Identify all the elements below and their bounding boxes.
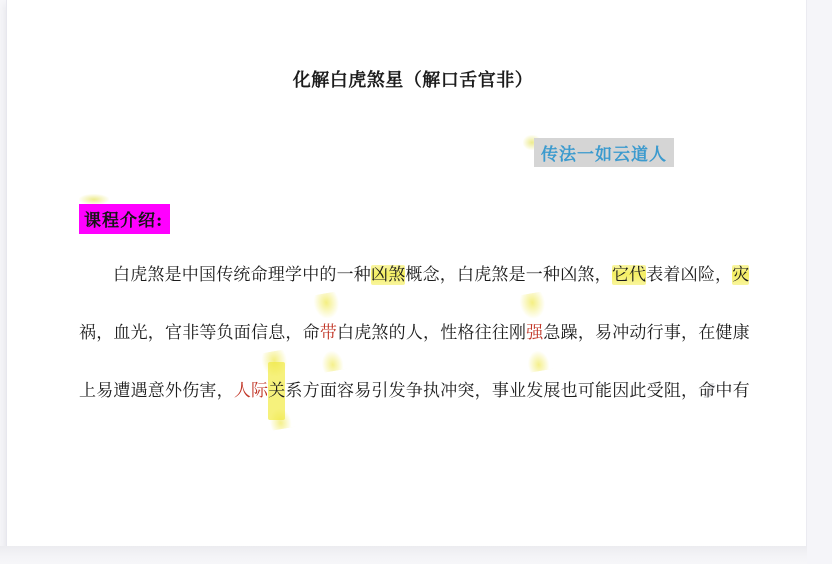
faint-gray-watermark (697, 383, 721, 398)
page-bottom-shadow (0, 546, 807, 564)
red-text: 人际 (234, 381, 268, 401)
body-paragraph: 白虎煞是中国传统命理学中的一种凶煞概念，白虎煞是一种凶煞，它代表着凶险，灾 祸，… (79, 246, 769, 420)
red-highlighted-text: 带 (320, 304, 337, 362)
document-page: 化解白虎煞星（解口舌官非） 传法一如云道人 课程介绍: 白虎煞是中国传统命理学中… (6, 0, 807, 546)
paragraph-line: 祸，血光，官非等负面信息，命带白虎煞的人，性格往往刚强急躁，易冲动行事，在健康 (79, 304, 769, 362)
body-text: 表着凶险， (646, 265, 732, 285)
author-highlight-block: 传法一如云道人 (534, 138, 674, 167)
body-text: 白虎煞是中国传统命理学中的一种 (113, 265, 371, 285)
document-viewer: 化解白虎煞星（解口舌官非） 传法一如云道人 课程介绍: 白虎煞是中国传统命理学中… (0, 0, 832, 564)
body-text: 祸，血光，官非等负面信息，命 (79, 323, 320, 343)
document-title: 化解白虎煞星（解口舌官非） (79, 66, 747, 96)
red-highlighted-text: 强 (526, 304, 543, 362)
body-text: 系方面容易引发争执冲突，事业发展也可能因此受阻， (285, 381, 698, 401)
page-right-margin (806, 0, 832, 564)
paragraph-line: 上易遭遇意外伤害，人际关系方面容易引发争执冲突，事业发展也可能因此受阻，命中有 (79, 362, 769, 420)
body-text: 白虎煞的人，性格往往刚 (337, 323, 526, 343)
highlighted-text: 关 (268, 362, 285, 420)
section-label-course-intro: 课程介绍: (79, 204, 170, 234)
body-text: 概念，白虎煞是一种凶煞， (405, 265, 611, 285)
body-text: 上易遭遇意外伤害， (79, 381, 234, 401)
highlighted-text: 灾 (732, 265, 749, 285)
paragraph-line: 白虎煞是中国传统命理学中的一种凶煞概念，白虎煞是一种凶煞，它代表着凶险，灾 (79, 246, 769, 304)
highlighted-text: 凶煞 (371, 265, 405, 285)
highlighted-text: 它代 (612, 265, 646, 285)
author-name: 传法一如云道人 (541, 145, 667, 165)
body-text: 急躁，易冲动行事，在健康 (543, 323, 749, 343)
